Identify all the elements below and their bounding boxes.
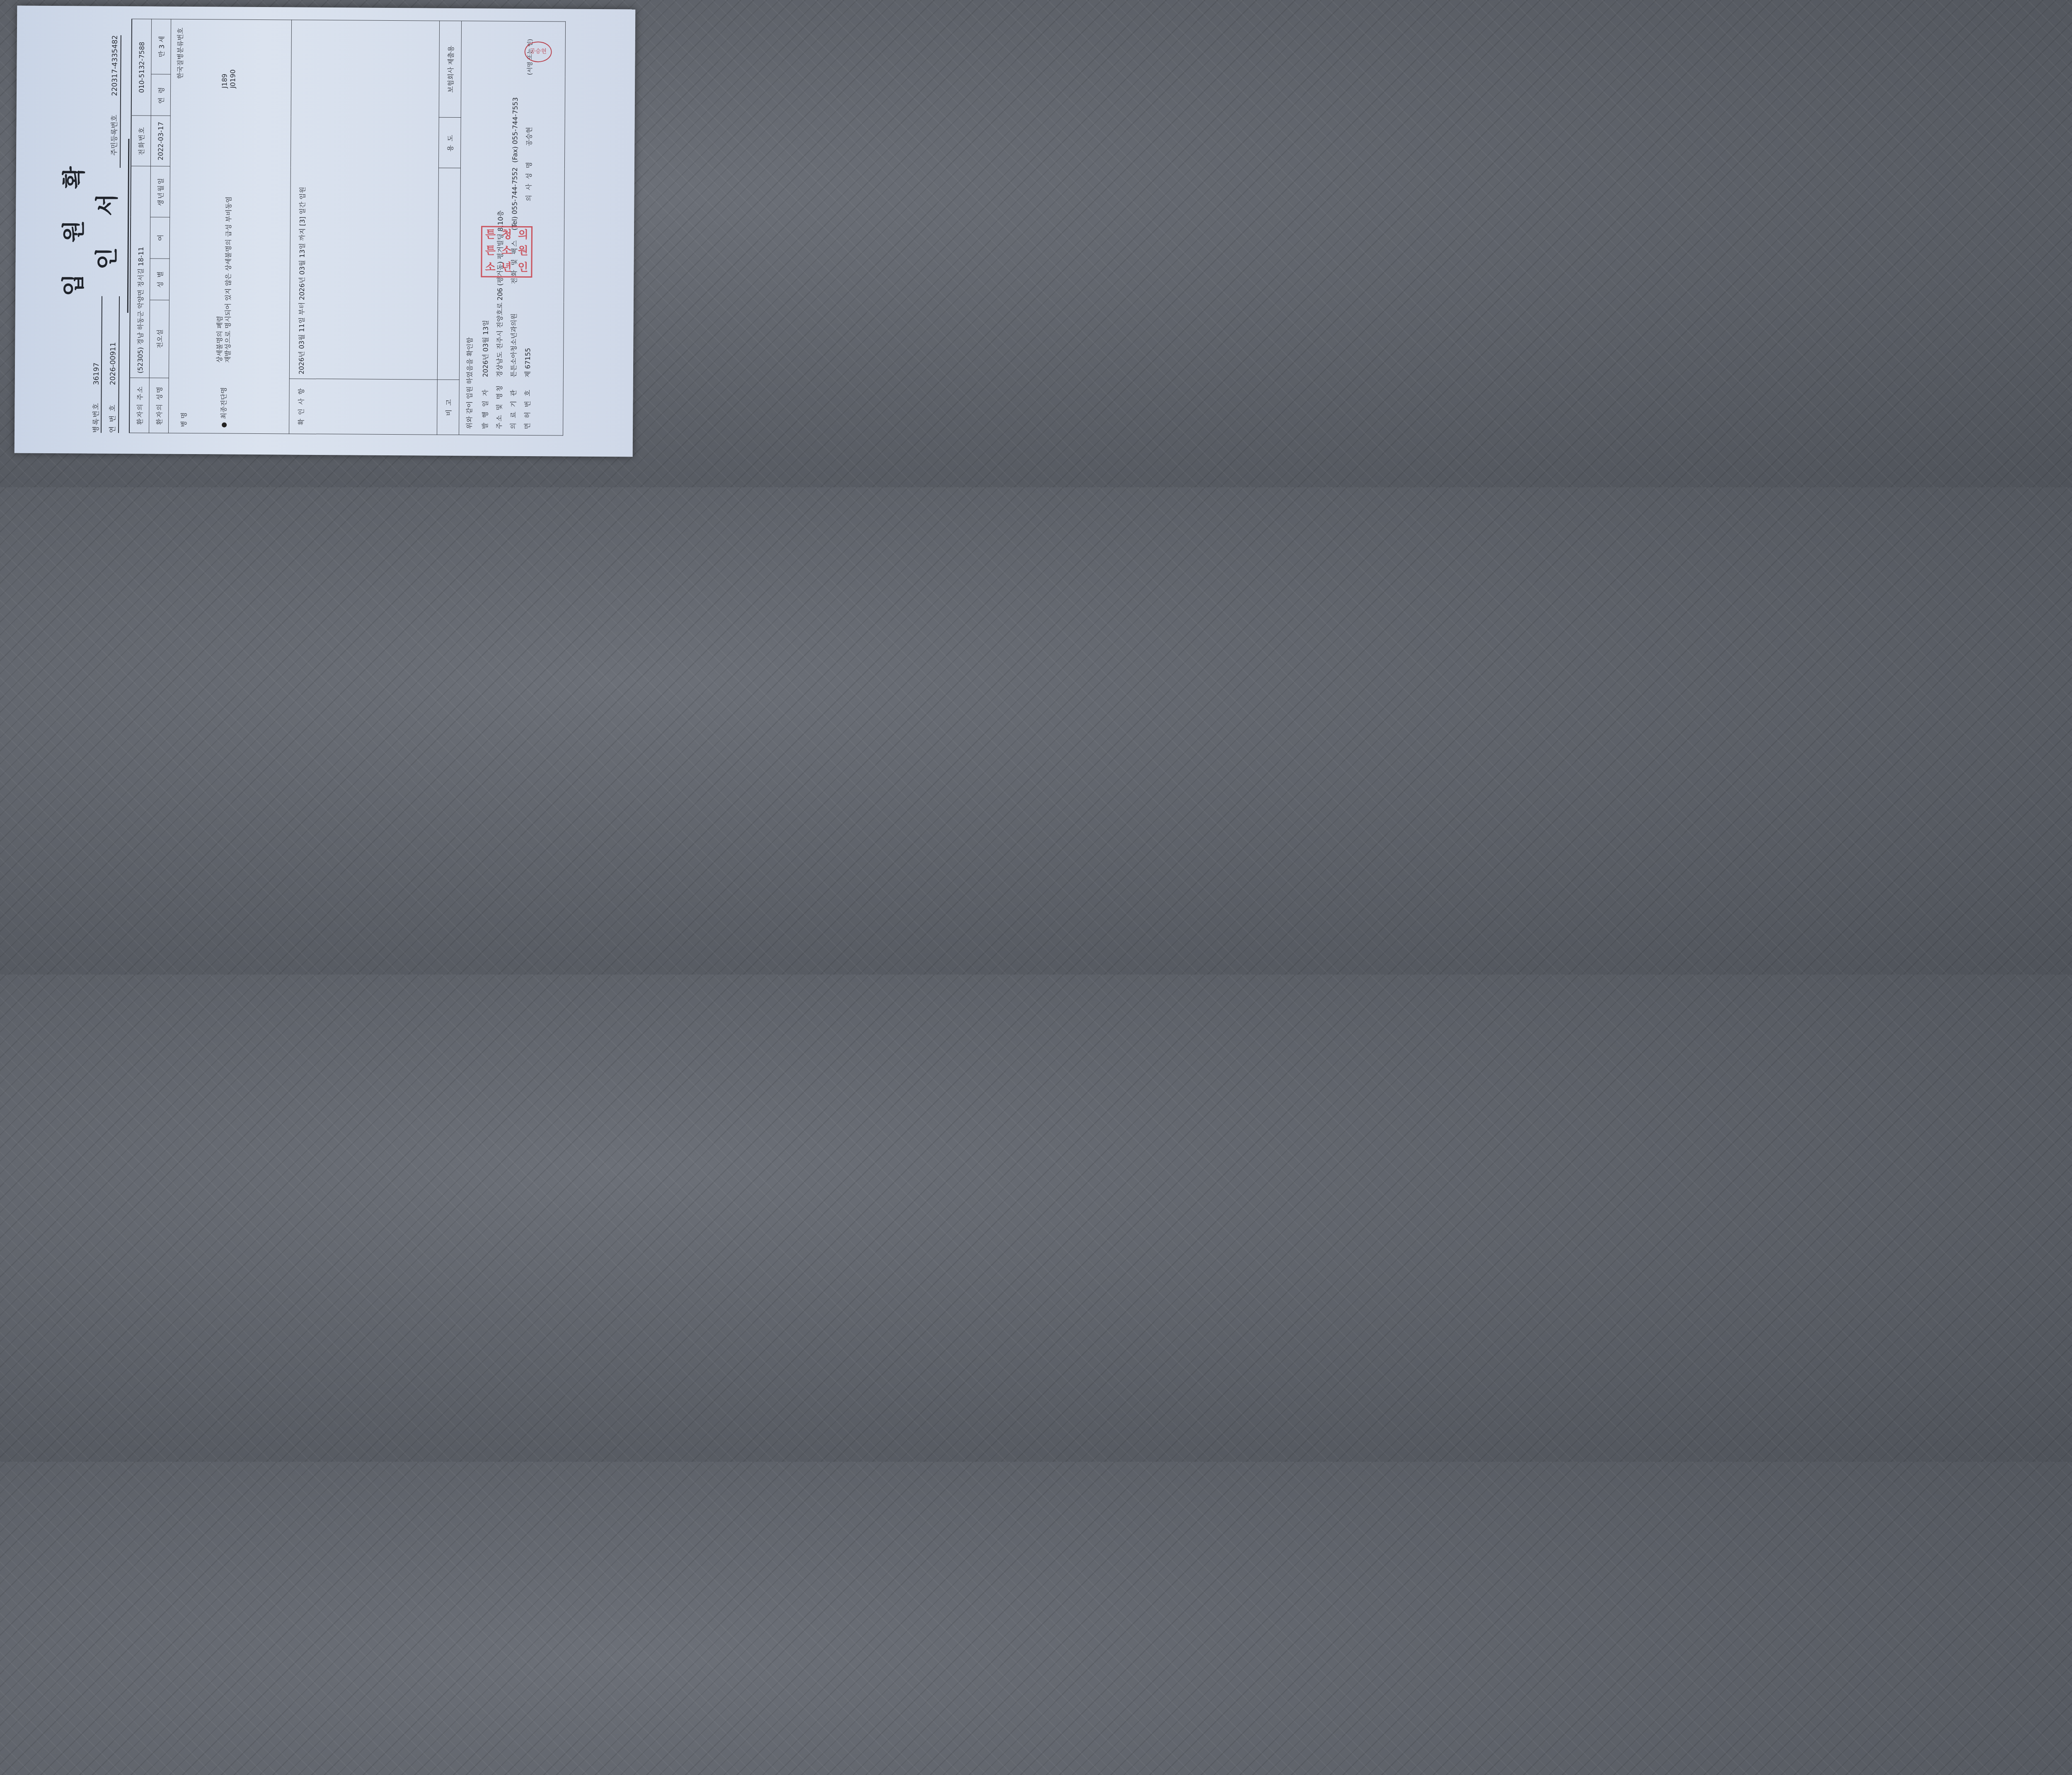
title-underline (127, 139, 130, 313)
purpose-label: 용 도 (438, 117, 461, 168)
diagnosis-item: 상세불명의 폐렴 (215, 196, 225, 363)
serial-number-label: 연 번 호 (107, 387, 117, 433)
confirmation-row: 확 인 사 항 2026년 03월 11일 부터 2026년 03월 13일 까… (289, 20, 440, 435)
institution-label: 의 료 기 관 (508, 380, 518, 429)
serial-number-value: 2026-00911 (109, 342, 118, 385)
name-row: 환자의 성명 전오설 성 별 여 생년월일 2022-03-17 연 령 만 3… (149, 19, 171, 433)
issue-date-row: 발 행 일 자 2026년 03월 13일 (480, 320, 490, 429)
diagnosis-cell: 병 명 한국질병분류번호 최종진단명 상세불명의 폐렴 재발성으로 명시되어 있… (169, 19, 292, 434)
issue-date-value: 2026년 03월 13일 (482, 320, 490, 377)
clinic-seal-stamp: 튼청의 튼소원 소년인 (481, 226, 533, 278)
age-value: 만 3 세 (151, 19, 171, 74)
doctor-name: 공승현 (525, 127, 533, 146)
sex-value: 여 (150, 217, 170, 258)
page-title: 입 원 확 인 서 (55, 138, 123, 313)
doctor-seal-stamp: 공승현 (525, 41, 552, 62)
dob-value: 2022-03-17 (150, 116, 170, 166)
address-label: 환자의 주소 (129, 378, 149, 433)
sex-label: 성 별 (150, 259, 169, 300)
tel-value: (Tel) 055-744-7552 (511, 167, 519, 230)
fax-value: (Fax) 055-744-7553 (511, 97, 519, 163)
address-row: 환자의 주소 (52305) 경남 하동군 악양면 정서길 18-11 전화번호… (129, 19, 152, 433)
phone-value: 010-5132-7588 (131, 19, 152, 116)
final-diagnosis-label: 최종진단명 (218, 387, 228, 427)
resident-number-value: 220317-4335482 (111, 35, 119, 96)
kcd-code: J0190 (229, 70, 237, 89)
phone-label: 전화번호 (131, 116, 151, 166)
diagnosis-list: 상세불명의 폐렴 재발성으로 명시되어 있지 않은 상세불명의 급성 부비동염 (215, 196, 233, 363)
kcd-code-list: J189 J0190 (220, 69, 237, 88)
purpose-value: 보험회사 제출용 (439, 21, 461, 118)
remarks-value (437, 168, 460, 380)
issue-date-label: 발 행 일 자 (480, 379, 490, 429)
institution-name: 튼튼소아청소년과의원 (508, 299, 518, 377)
kcd-label: 한국질병분류번호 (175, 28, 185, 79)
record-number-value: 36197 (92, 363, 101, 385)
resident-number-row: 주민등록번호 220317-4335482 (108, 35, 119, 156)
record-number-label: 병록번호 (90, 387, 101, 433)
diagnosis-item: 재발성으로 명시되어 있지 않은 상세불명의 급성 부비동염 (224, 196, 233, 363)
resident-number-label: 주민등록번호 (110, 115, 119, 156)
record-number-row: 병록번호 36197 (90, 363, 101, 433)
kcd-code: J189 (220, 69, 229, 88)
issuer-cell: 위와 같이 입원 하였음을 확인함 발 행 일 자 2026년 03월 13일 … (459, 21, 566, 436)
license-value: 제 67155 (523, 299, 533, 377)
clinic-address-label: 주소 및 명칭 (494, 380, 504, 429)
remarks-label: 비 고 (437, 380, 460, 435)
admission-period: 2026년 03월 11일 부터 2026년 03월 13일 까지 [3] 일간… (289, 20, 439, 380)
serial-number-row: 연 번 호 2026-00911 (107, 342, 117, 433)
age-label: 연 령 (151, 74, 171, 116)
divider (101, 296, 102, 433)
dob-label: 생년월일 (150, 166, 170, 217)
name-label: 환자의 성명 (149, 378, 169, 433)
bullet-icon (222, 422, 227, 427)
final-diagnosis-text: 최종진단명 (220, 387, 228, 419)
confirmation-label: 확 인 사 항 (289, 379, 438, 435)
title-block: 입 원 확 인 서 (55, 138, 130, 313)
divider (118, 296, 120, 433)
doctor-label: 의 사 성 명 (525, 161, 533, 201)
address-value: (52305) 경남 하동군 악양면 정서길 18-11 (130, 166, 151, 378)
admission-certificate: 입 원 확 인 서 병록번호 36197 연 번 호 2026-00911 주민… (25, 10, 625, 453)
certificate-form-table: 환자의 주소 (52305) 경남 하동군 악양면 정서길 18-11 전화번호… (129, 19, 566, 435)
confirmation-statement: 위와 같이 입원 하였음을 확인함 (464, 337, 474, 429)
name-value: 전오설 (149, 300, 169, 378)
issuer-row: 위와 같이 입원 하였음을 확인함 발 행 일 자 2026년 03월 13일 … (459, 21, 566, 436)
paper-sheet: 입 원 확 인 서 병록번호 36197 연 번 호 2026-00911 주민… (15, 5, 636, 457)
diagnosis-section-label: 병 명 (179, 412, 188, 427)
remarks-row: 비 고 용 도 보험회사 제출용 (437, 21, 462, 435)
license-label: 면 허 번 호 (522, 380, 532, 429)
diagnosis-row: 병 명 한국질병분류번호 최종진단명 상세불명의 폐렴 재발성으로 명시되어 있… (169, 19, 292, 434)
